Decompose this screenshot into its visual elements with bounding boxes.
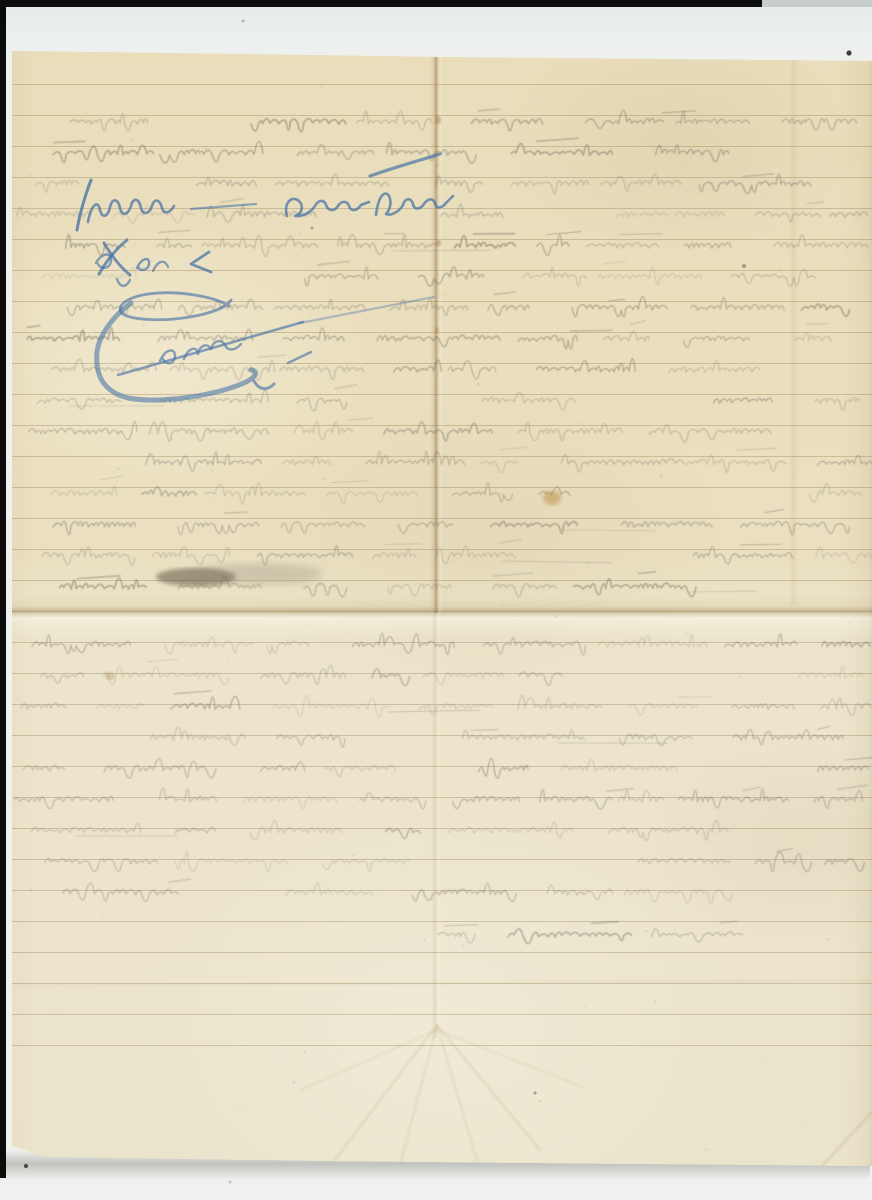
scan-edge-top-right — [762, 0, 872, 7]
scanned-letter — [0, 0, 872, 1200]
letter-paper — [0, 0, 872, 1200]
scan-edge-top — [0, 0, 762, 7]
bottom-fan-creases — [14, 980, 872, 1166]
blue-ink-annotation — [77, 154, 453, 400]
ink-and-stain-layer — [0, 0, 872, 1200]
scan-edge-left — [0, 0, 6, 1178]
